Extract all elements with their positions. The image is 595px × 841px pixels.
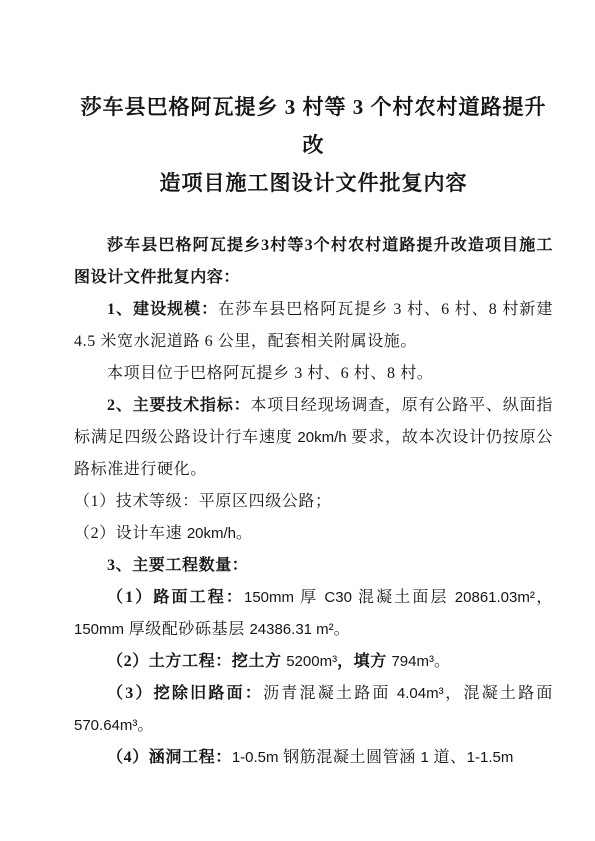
text-run: ，混凝土路面	[444, 685, 553, 702]
text-run: 混凝土面层	[352, 589, 455, 606]
text-run: 1、建设规模：	[107, 301, 218, 318]
title-line: 造项目施工图设计文件批复内容	[74, 164, 553, 202]
text-run: 1-1.5m	[467, 749, 514, 766]
text-run: ，	[535, 589, 553, 606]
title-line: 莎车县巴格阿瓦提乡 3 村等 3 个村农村道路提升改	[74, 88, 553, 164]
text-run: 4.04m³	[397, 685, 444, 702]
text-run: 1-0.5m	[232, 749, 279, 766]
paragraph: （1）路面工程：150mm 厚 C30 混凝土面层 20861.03m²，150…	[74, 582, 553, 646]
text-run: 钢筋混凝土圆管涵	[279, 749, 421, 766]
text-run: 20km/h	[187, 525, 236, 542]
text-run: 24386.31 m²	[249, 621, 333, 638]
text-run: 。	[334, 621, 351, 638]
text-run: 150mm	[244, 589, 294, 606]
paragraph: 本项目位于巴格阿瓦提乡 3 村、6 村、8 村。	[74, 358, 553, 390]
document-page: 莎车县巴格阿瓦提乡 3 村等 3 个村农村道路提升改造项目施工图设计文件批复内容…	[0, 0, 595, 841]
text-run: （2）设计车速	[74, 525, 187, 542]
text-run: 150mm	[74, 621, 124, 638]
paragraph: （4）涵洞工程：1-0.5m 钢筋混凝土圆管涵 1 道、1-1.5m	[74, 742, 553, 774]
paragraph: 2、主要技术指标：本项目经现场调查，原有公路平、纵面指标满足四级公路设计行车速度…	[74, 390, 553, 486]
paragraph: 莎车县巴格阿瓦提乡3村等3个村农村道路提升改造项目施工图设计文件批复内容：	[74, 230, 553, 294]
text-run: 1	[421, 749, 429, 766]
paragraph: （1）技术等级：平原区四级公路；	[74, 486, 553, 518]
document-title: 莎车县巴格阿瓦提乡 3 村等 3 个村农村道路提升改造项目施工图设计文件批复内容	[74, 88, 553, 202]
text-run: ，填方	[337, 653, 391, 670]
text-run: （2）土方工程：挖土方	[107, 653, 286, 670]
text-run: 。	[137, 717, 154, 734]
paragraph: （3）挖除旧路面：沥青混凝土路面 4.04m³，混凝土路面 570.64m³。	[74, 678, 553, 742]
text-run: 20861.03m²	[455, 589, 535, 606]
text-run: 20km/h	[297, 429, 346, 446]
text-run: 5200m³	[286, 653, 337, 670]
text-run: 3、主要工程数量：	[107, 557, 248, 574]
text-run: 厚	[294, 589, 324, 606]
text-run: （4）涵洞工程：	[107, 749, 232, 766]
paragraph: （2）土方工程：挖土方 5200m³，填方 794m³。	[74, 646, 553, 678]
text-run: 794m³	[391, 653, 434, 670]
text-run: C30	[324, 589, 352, 606]
paragraph: 3、主要工程数量：	[74, 550, 553, 582]
text-run: 莎车县巴格阿瓦提乡3村等3个村农村道路提升改造项目施工图设计文件批复内容：	[74, 237, 553, 286]
text-run: 。	[434, 653, 451, 670]
text-run: （1）路面工程：	[107, 589, 244, 606]
text-run: （1）技术等级：平原区四级公路；	[74, 493, 332, 510]
document-body: 莎车县巴格阿瓦提乡3村等3个村农村道路提升改造项目施工图设计文件批复内容：1、建…	[74, 230, 553, 774]
text-run: 570.64m³	[74, 717, 137, 734]
paragraph: 1、建设规模：在莎车县巴格阿瓦提乡 3 村、6 村、8 村新建 4.5 米宽水泥…	[74, 294, 553, 358]
text-run: 沥青混凝土路面	[263, 685, 397, 702]
text-run: 道、	[429, 749, 467, 766]
text-run: （3）挖除旧路面：	[107, 685, 263, 702]
paragraph: （2）设计车速 20km/h。	[74, 518, 553, 550]
text-run: 厚级配砂砾基层	[124, 621, 249, 638]
text-run: 2、主要技术指标：	[107, 397, 250, 414]
text-run: 本项目位于巴格阿瓦提乡 3 村、6 村、8 村。	[107, 365, 433, 382]
text-run: 。	[236, 525, 253, 542]
